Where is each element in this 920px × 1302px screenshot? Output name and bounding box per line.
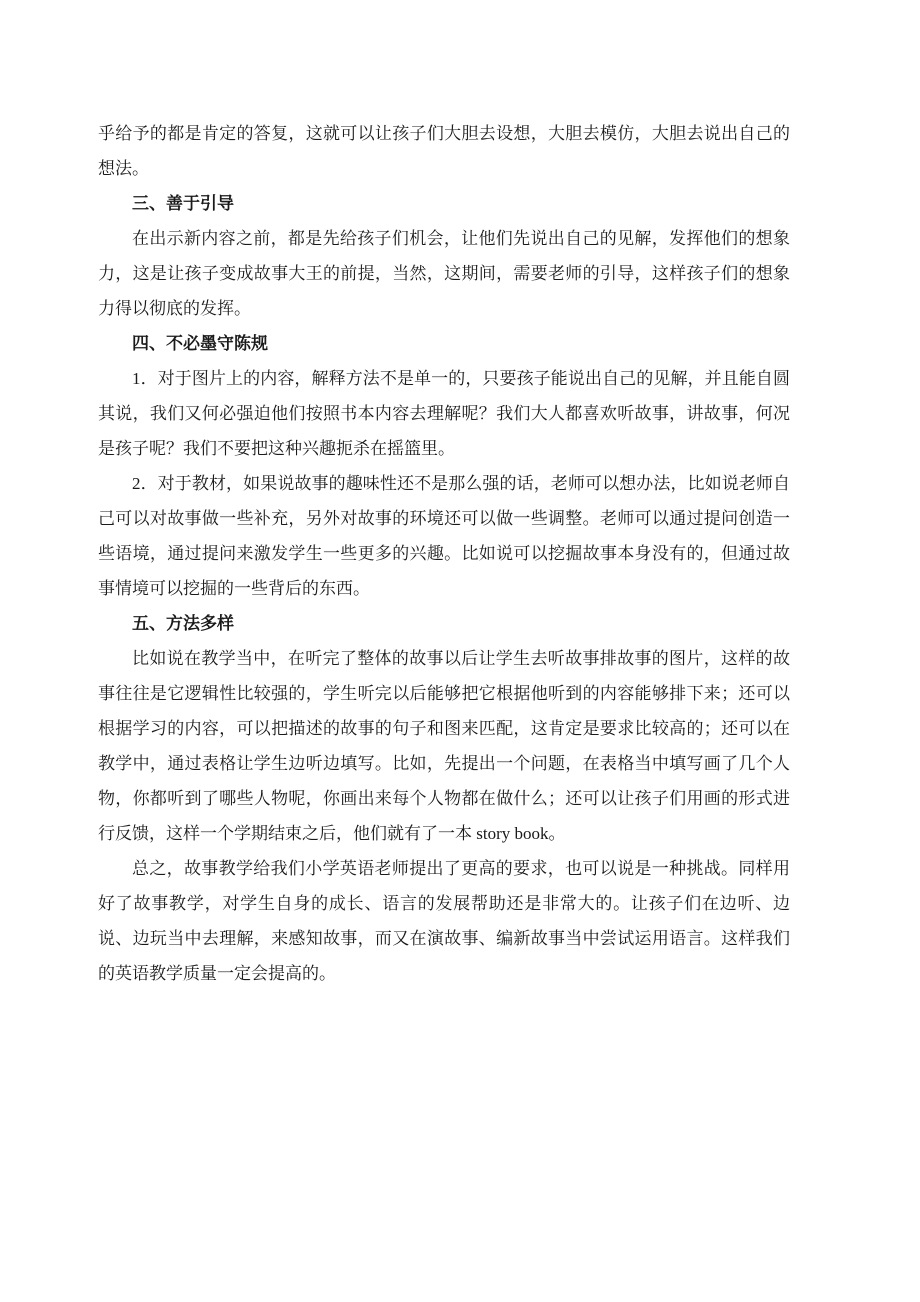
body-paragraph: 1．对于图片上的内容，解释方法不是单一的，只要孩子能说出自己的见解，并且能自圆其… xyxy=(98,361,790,466)
body-paragraph: 比如说在教学当中，在听完了整体的故事以后让学生去听故事排故事的图片，这样的故事往… xyxy=(98,641,790,851)
document-page: 乎给予的都是肯定的答复，这就可以让孩子们大胆去设想，大胆去模仿，大胆去说出自己的… xyxy=(0,0,920,1302)
section-heading: 五、方法多样 xyxy=(98,606,790,641)
section-heading: 四、不必墨守陈规 xyxy=(98,326,790,361)
document-content: 乎给予的都是肯定的答复，这就可以让孩子们大胆去设想，大胆去模仿，大胆去说出自己的… xyxy=(98,116,790,991)
body-paragraph: 乎给予的都是肯定的答复，这就可以让孩子们大胆去设想，大胆去模仿，大胆去说出自己的… xyxy=(98,116,790,186)
body-paragraph: 2．对于教材，如果说故事的趣味性还不是那么强的话，老师可以想办法，比如说老师自己… xyxy=(98,466,790,606)
body-paragraph: 总之，故事教学给我们小学英语老师提出了更高的要求，也可以说是一种挑战。同样用好了… xyxy=(98,851,790,991)
section-heading: 三、善于引导 xyxy=(98,186,790,221)
body-paragraph: 在出示新内容之前，都是先给孩子们机会，让他们先说出自己的见解，发挥他们的想象力，… xyxy=(98,221,790,326)
